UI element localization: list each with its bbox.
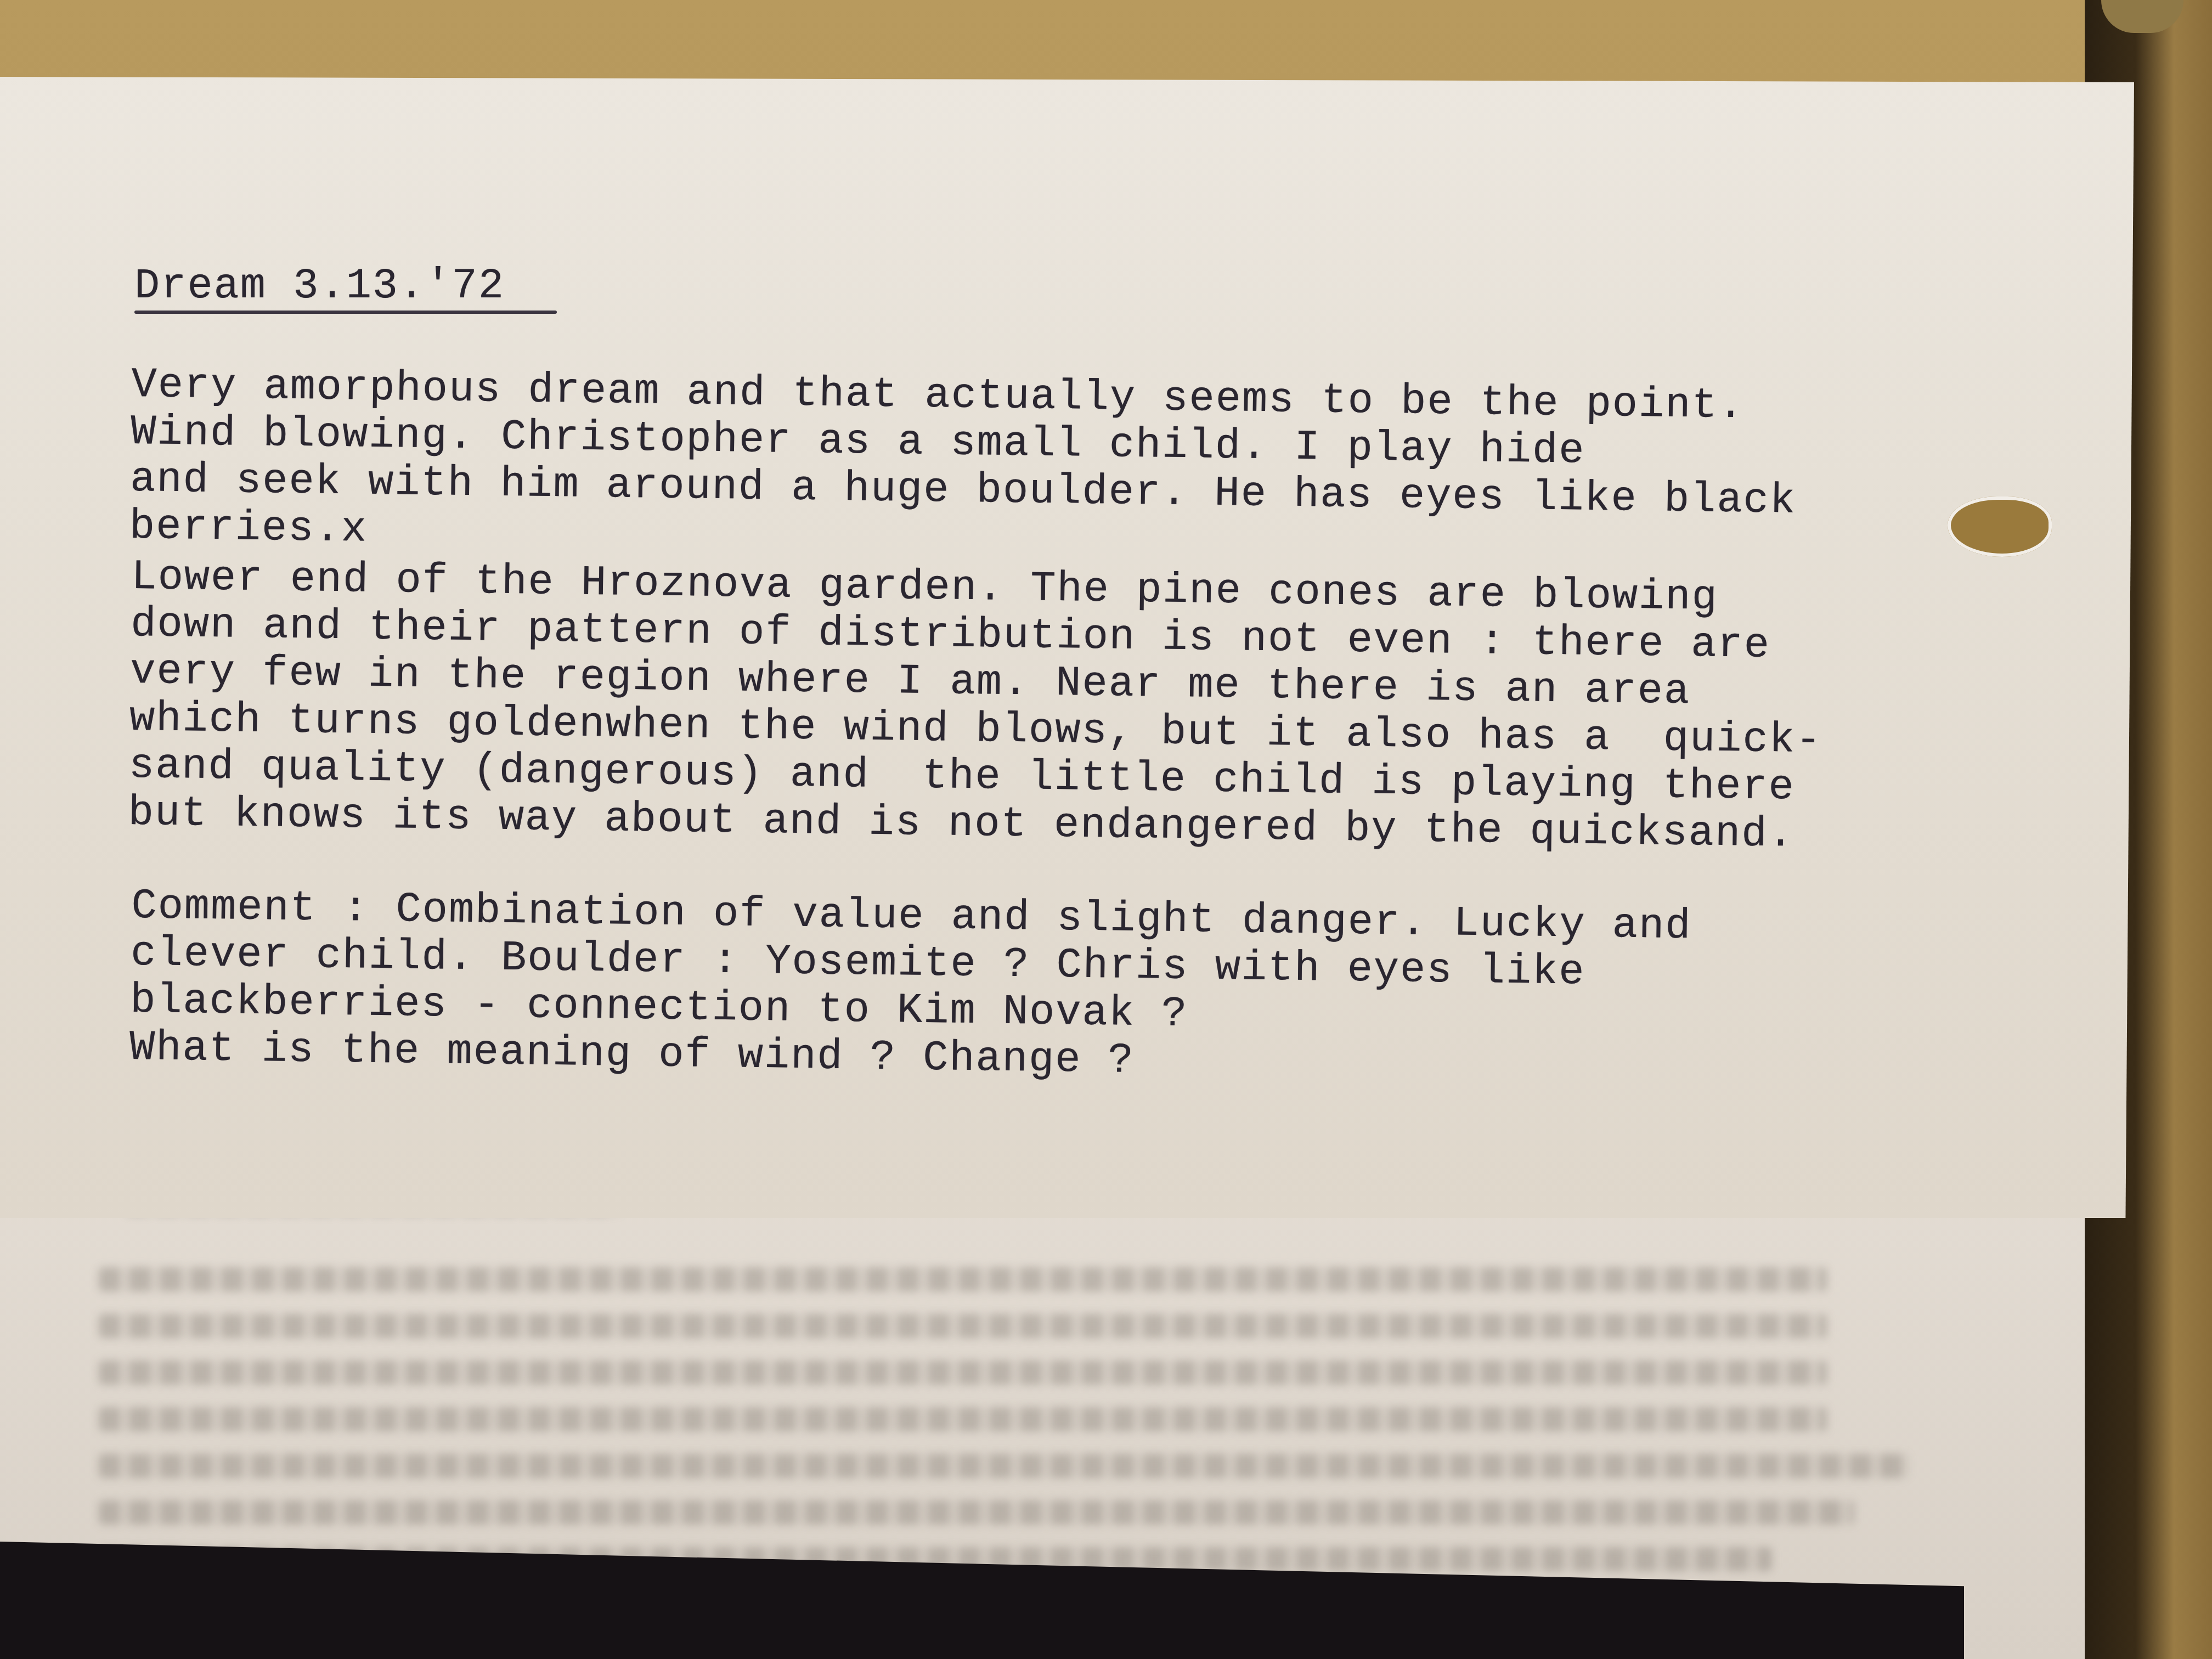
comment-paragraph: Comment : Combination of value and sligh… — [129, 883, 1692, 1092]
blurred-text-line — [99, 1361, 1827, 1385]
blurred-text-line — [99, 1314, 1827, 1338]
punch-hole — [1948, 496, 2052, 557]
blurred-text-line — [99, 1267, 1827, 1291]
blurred-text-line — [99, 1454, 1909, 1478]
dream-narrative-part-2: Lower end of the Hroznova garden. The pi… — [128, 554, 1824, 859]
title-underline — [134, 311, 557, 314]
document-title: Dream 3.13.'72 — [134, 263, 505, 311]
blurred-text-line — [99, 1500, 1854, 1525]
blurred-text-line — [99, 1407, 1827, 1431]
dream-narrative-part-1: Very amorphous dream and that actually s… — [129, 362, 1797, 573]
